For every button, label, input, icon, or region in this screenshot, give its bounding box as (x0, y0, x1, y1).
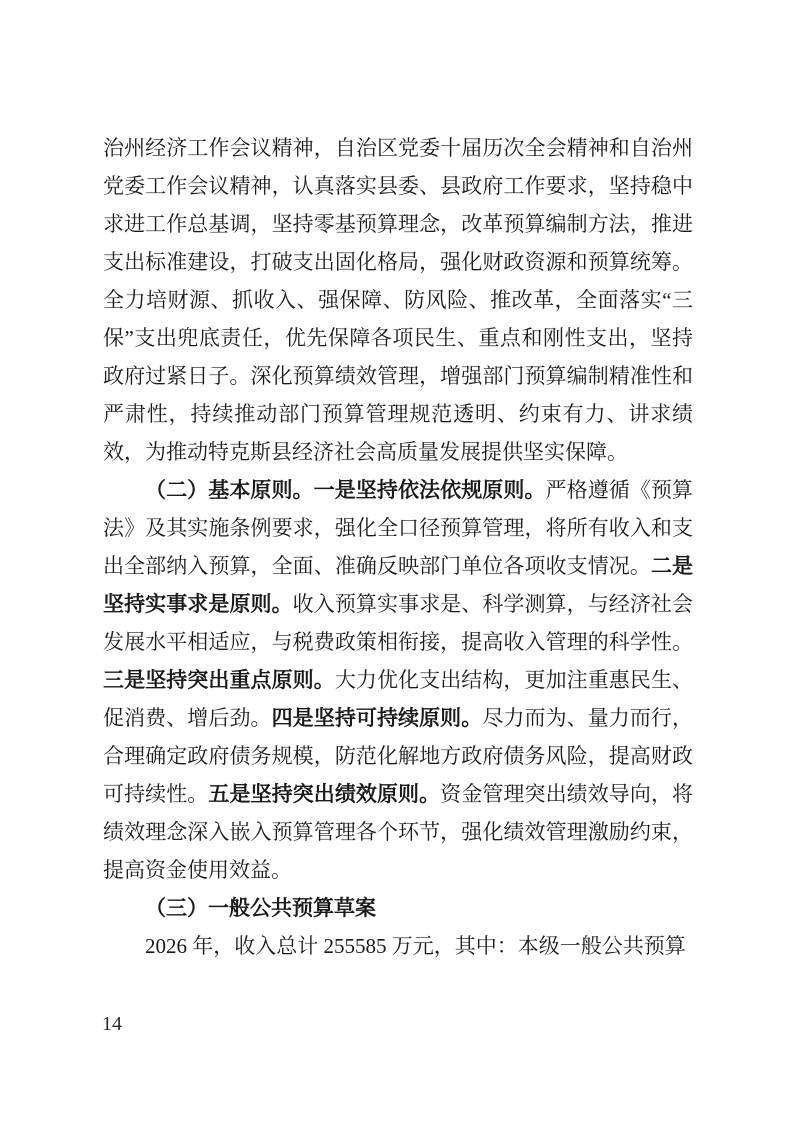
paragraph-budget-2026-revenue: 2026 年，收入总计 255585 万元，其中：本级一般公共预算 (103, 927, 693, 965)
text-run: 三是坚持突出重点原则。 (103, 668, 335, 692)
page-number: 14 (102, 1008, 122, 1040)
text-run: 四是坚持可持续原则。 (272, 706, 483, 730)
text-run: 治州经济工作会议精神，自治区党委十届历次全会精神和自治州党委工作会议精神，认真落… (103, 136, 693, 464)
text-run: （三）一般公共预算草案 (145, 896, 376, 920)
document-page: 治州经济工作会议精神，自治区党委十届历次全会精神和自治州党委工作会议精神，认真落… (0, 0, 793, 1122)
paragraph-heading-general-public-budget-draft: （三）一般公共预算草案 (103, 889, 693, 927)
document-body: 治州经济工作会议精神，自治区党委十届历次全会精神和自治州党委工作会议精神，认真落… (103, 129, 693, 965)
text-run: 2026 年，收入总计 255585 万元，其中：本级一般公共预算 (145, 934, 686, 958)
paragraph-basic-principles: （二）基本原则。一是坚持依法依规原则。严格遵循《预算法》及其实施条例要求，强化全… (103, 471, 693, 889)
text-run: 五是坚持突出绩效原则。 (208, 782, 440, 806)
text-run: （二）基本原则。一是坚持依法依规原则。 (145, 478, 546, 502)
paragraph-guiding-ideology-continuation: 治州经济工作会议精神，自治区党委十届历次全会精神和自治州党委工作会议精神，认真落… (103, 129, 693, 471)
